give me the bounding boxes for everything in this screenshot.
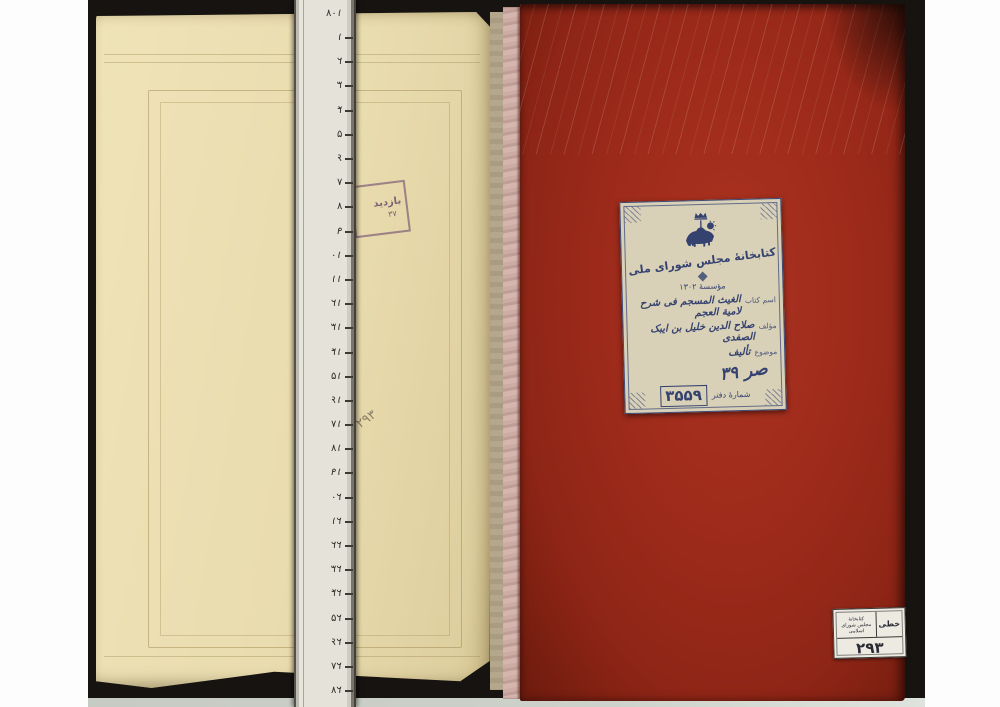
bookplate-corner-ornament	[629, 393, 645, 409]
field-label: مؤلف	[758, 321, 776, 330]
stamp-number: ۳۷	[388, 209, 398, 219]
ruler-tick-mark	[345, 110, 353, 112]
ruler-number-row: ۱۸	[294, 437, 356, 461]
ruler-number: ۱۸	[331, 444, 342, 454]
ruler-number-row: ۱۰	[294, 244, 356, 268]
book-photograph: بازدید ۳۷ ۲۹۳	[0, 0, 1000, 707]
ruler-tick-mark	[345, 448, 353, 450]
ruler-number: ۸	[337, 202, 342, 212]
ruler-tick-mark	[345, 400, 353, 402]
ruler-number-row: ۹	[294, 220, 356, 244]
ruler-number-row: ۲۱	[294, 510, 356, 534]
ruler-number: ۱۱	[331, 275, 342, 285]
stamp-text: بازدید	[373, 195, 402, 209]
ruler-number: ۱۹	[331, 468, 342, 478]
shelf-label: خطی کتابخانهٔ مجلس شورای اسلامی ۲۹۳	[832, 607, 906, 659]
ruler-tick-mark	[345, 545, 353, 547]
ruler-number-row: ۱	[294, 26, 356, 50]
ruler-id-label: ۱۰۸	[326, 8, 342, 19]
ruler-number-row: ۲۷	[294, 655, 356, 679]
ruler-numbers: ۱۲۳۴۵۶۷۸۹۱۰۱۱۱۲۱۳۱۴۱۵۱۶۱۷۱۸۱۹۲۰۲۱۲۲۲۳۲۴۲…	[294, 26, 356, 703]
ruler-tick-mark	[345, 182, 353, 184]
ruler-number-row: ۱۷	[294, 413, 356, 437]
library-line: اسلامی	[849, 628, 865, 634]
ruler-tick-mark	[345, 521, 353, 523]
ruler-number: ۴	[337, 106, 342, 116]
ruler-number: ۲۵	[331, 614, 342, 624]
ruler-tick-mark	[345, 642, 353, 644]
ruler-number: ۱۷	[331, 420, 342, 430]
ruler-number-row: ۱۳	[294, 316, 356, 340]
book-title-value: الغیث المسجم فی شرح لامیة العجم	[630, 294, 742, 322]
ruler-number: ۲۲	[331, 541, 342, 551]
bookplate-corner-ornament	[765, 389, 781, 405]
ruler-number-row: ۲۶	[294, 631, 356, 655]
register-number-stamp: ۳۵۵۹	[660, 385, 707, 407]
cover-dark-corner	[825, 4, 905, 114]
bookplate-corner-ornament	[624, 207, 640, 223]
ruler-number-row: ۱۴	[294, 340, 356, 364]
ruler-number-row: ۱۹	[294, 461, 356, 485]
field-label: اسم کتاب	[745, 295, 776, 305]
ruler-number: ۱۰	[331, 251, 342, 261]
author-value: صلاح الدین خلیل بن ایبک الصفدی	[630, 319, 755, 347]
shelf-number: ۲۹۳	[834, 637, 905, 658]
ruler-number: ۵	[337, 130, 342, 140]
ruler-number: ۲۱	[331, 517, 342, 527]
ruler-tick-mark	[345, 666, 353, 668]
ruler-tick-mark	[345, 61, 353, 63]
ruler-number-row: ۲۵	[294, 607, 356, 631]
ruler-tick-mark	[345, 158, 353, 160]
ruler-number: ۲	[337, 57, 342, 67]
bookplate-corner-ornament	[760, 203, 776, 219]
bookplate-established: مؤسسهٔ ۱۳۰۲	[679, 281, 726, 291]
page-crease-line	[104, 62, 480, 63]
ruler-tick-mark	[345, 569, 353, 571]
ruler-number: ۲۶	[331, 638, 342, 648]
ruler-number: ۱	[337, 33, 342, 43]
ruler-tick-mark	[345, 593, 353, 595]
shelf-label-top-row: خطی کتابخانهٔ مجلس شورای اسلامی	[836, 611, 902, 639]
bookplate-ornament-stamp	[697, 271, 707, 281]
ruler-tick-mark	[345, 376, 353, 378]
ruler-number-row: ۳	[294, 74, 356, 98]
bookplate-field-row: اسم کتاب الغیث المسجم فی شرح لامیة العجم	[630, 294, 777, 321]
ruler-tick-mark	[345, 255, 353, 257]
ruler-number: ۱۴	[331, 348, 342, 358]
ruler-number: ۹	[337, 227, 342, 237]
ruler-number-row: ۲۳	[294, 558, 356, 582]
ruler-tick-mark	[345, 690, 353, 692]
ruler-number: ۱۶	[331, 396, 342, 406]
ruler-tick-mark	[345, 327, 353, 329]
ruler-number: ۳	[337, 81, 342, 91]
ruler-number-row: ۴	[294, 99, 356, 123]
ruler-number: ۲۰	[331, 493, 342, 503]
page-crease-line	[104, 656, 480, 657]
subject-value: تألیف	[728, 346, 751, 358]
ruler-number-row: ۲۰	[294, 486, 356, 510]
ruler-number-row: ۲۲	[294, 534, 356, 558]
ruler-number-row: ۷	[294, 171, 356, 195]
ruler-tick-mark	[345, 303, 353, 305]
library-name-cell: کتابخانهٔ مجلس شورای اسلامی	[836, 612, 876, 638]
ruler-number-row: ۱۵	[294, 365, 356, 389]
ruler-tick-mark	[345, 424, 353, 426]
ruler-number-row: ۸	[294, 195, 356, 219]
register-label: شمارهٔ دفتر	[712, 390, 751, 400]
ruler-number: ۲۸	[331, 686, 342, 696]
ruler-tick-mark	[345, 134, 353, 136]
ruler-tick-mark	[345, 37, 353, 39]
ruler-tick-mark	[345, 472, 353, 474]
handwritten-shelf-note: صر ۳۹	[719, 359, 769, 385]
ruler-number: ۱۵	[331, 372, 342, 382]
ruler-tick-mark	[345, 85, 353, 87]
ruler-number: ۲۳	[331, 565, 342, 575]
ruler-tick-mark	[345, 352, 353, 354]
ruler-tick-mark	[345, 618, 353, 620]
ruler-number-row: ۶	[294, 147, 356, 171]
ruler-number: ۲۴	[331, 589, 342, 599]
ruler-tick-mark	[345, 279, 353, 281]
bookplate-field-row: موضوع تألیف	[631, 346, 777, 361]
ruler-number: ۶	[337, 154, 342, 164]
ruler-number-row: ۲	[294, 50, 356, 74]
ruler-tick-mark	[345, 497, 353, 499]
ruler-number-row: ۱۱	[294, 268, 356, 292]
library-bookplate: کتابخانهٔ مجلس شورای ملی مؤسسهٔ ۱۳۰۲ اسم…	[619, 198, 786, 414]
ruler-number: ۱۲	[331, 299, 342, 309]
ruler-number-row: ۵	[294, 123, 356, 147]
spine-cloth-pink	[503, 7, 520, 699]
ruler-number: ۱۳	[331, 323, 342, 333]
bookplate-field-row: مؤلف صلاح الدین خلیل بن ایبک الصفدی	[630, 320, 777, 347]
spine-edge-tan	[490, 12, 504, 690]
page-crease-line	[104, 54, 480, 55]
ruler-number: ۲۷	[331, 662, 342, 672]
manuscript-type-cell: خطی	[875, 611, 902, 637]
ruler-number-row: ۱۶	[294, 389, 356, 413]
register-number-row: شمارهٔ دفتر ۳۵۵۹	[660, 384, 751, 407]
lion-and-sun-emblem-icon	[680, 210, 723, 249]
field-label: موضوع	[754, 347, 777, 357]
ruler-number-row: ۲۴	[294, 582, 356, 606]
measuring-ruler-strip: ۱۰۸ ۱۲۳۴۵۶۷۸۹۱۰۱۱۱۲۱۳۱۴۱۵۱۶۱۷۱۸۱۹۲۰۲۱۲۲۲…	[294, 0, 356, 707]
ruler-number: ۷	[337, 178, 342, 188]
inspection-stamp: بازدید ۳۷	[349, 180, 411, 238]
ruler-tick-mark	[345, 206, 353, 208]
ruler-number-row: ۱۲	[294, 292, 356, 316]
ruler-tick-mark	[345, 231, 353, 233]
ruler-number-row: ۲۸	[294, 679, 356, 703]
